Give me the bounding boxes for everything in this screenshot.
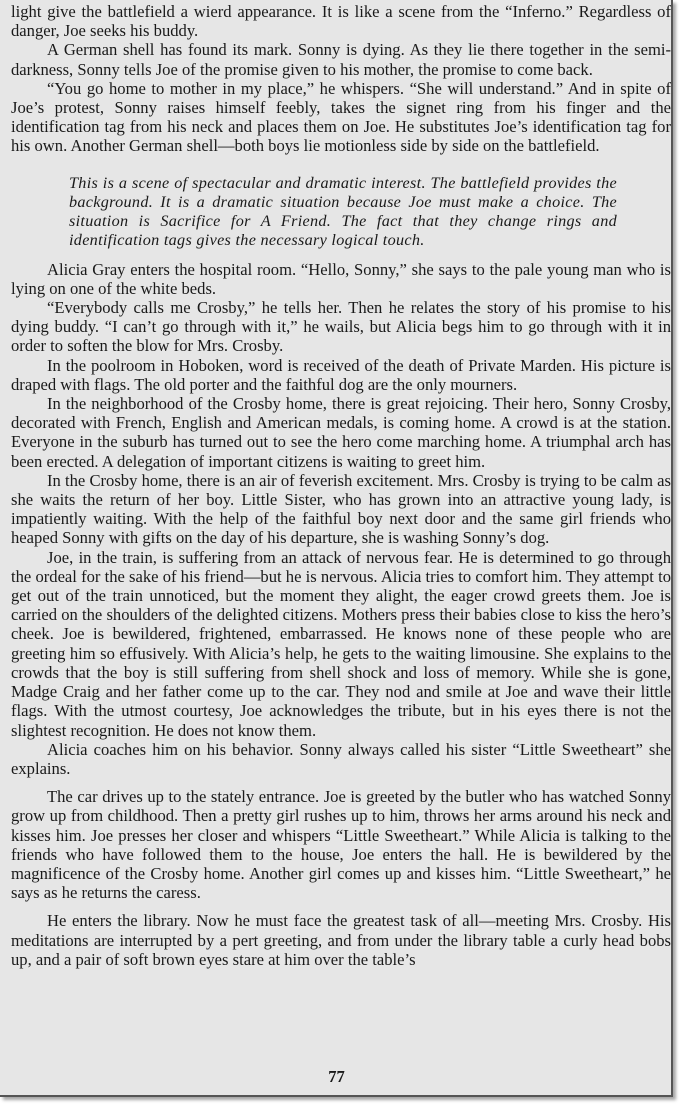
paragraph: Alicia coaches him on his behavior. Sonn…: [11, 740, 671, 778]
paragraph: Joe, in the train, is suffering from an …: [11, 548, 671, 740]
page-body: light give the battlefield a wierd appea…: [11, 2, 671, 969]
paragraph: “You go home to mother in my place,” he …: [11, 79, 671, 156]
paragraph: In the poolroom in Hoboken, word is rece…: [11, 356, 671, 394]
paragraph: In the neighborhood of the Crosby home, …: [11, 394, 671, 471]
italic-commentary: This is a scene of spectacular and drama…: [69, 174, 617, 250]
paragraph: A German shell has found its mark. Sonny…: [11, 40, 671, 78]
paragraph: The car drives up to the stately entranc…: [11, 787, 671, 902]
page-number: 77: [0, 1067, 673, 1087]
paragraph: Alicia Gray enters the hospital room. “H…: [11, 260, 671, 298]
paragraph: In the Crosby home, there is an air of f…: [11, 471, 671, 548]
paragraph: “Everybody calls me Crosby,” he tells he…: [11, 298, 671, 356]
document-page: light give the battlefield a wierd appea…: [0, 0, 673, 1097]
paragraph: light give the battlefield a wierd appea…: [11, 2, 671, 40]
paragraph: He enters the library. Now he must face …: [11, 911, 671, 969]
